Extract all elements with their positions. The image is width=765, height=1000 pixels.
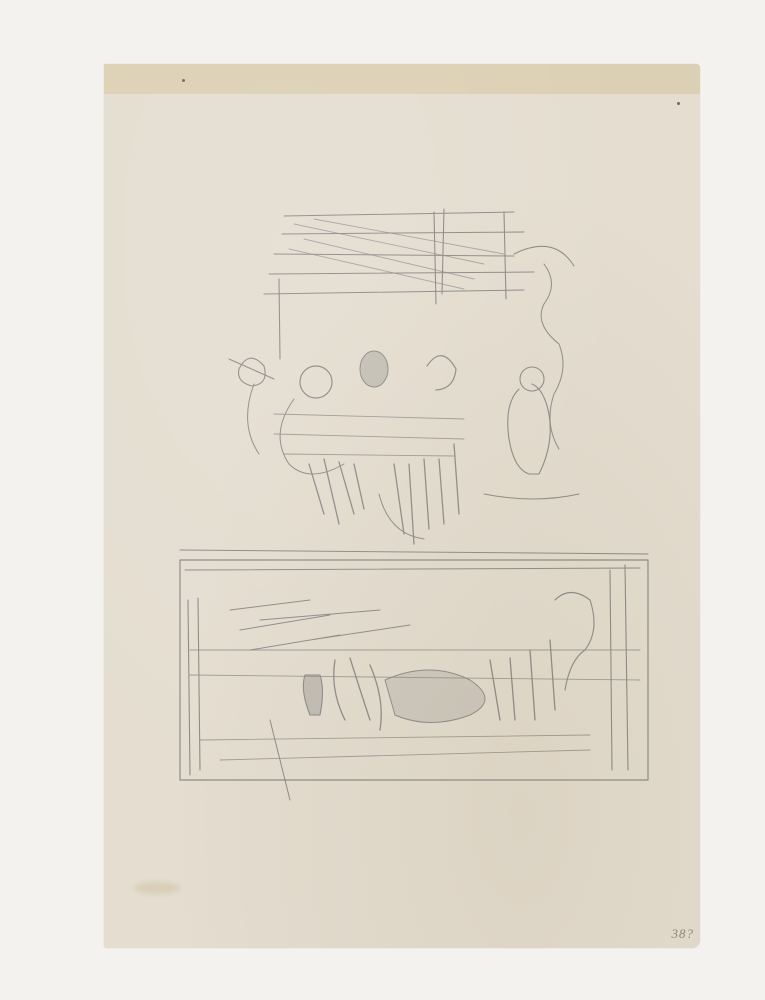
inventory-number: 38? [672, 926, 695, 942]
top-sketch [214, 194, 604, 574]
paper-speck [677, 102, 680, 105]
bottom-sketch [170, 540, 670, 810]
paper-sheet: 38? [104, 64, 700, 948]
paper-stain [134, 882, 180, 894]
paper-speck [182, 79, 185, 82]
paper-top-band [104, 64, 700, 94]
